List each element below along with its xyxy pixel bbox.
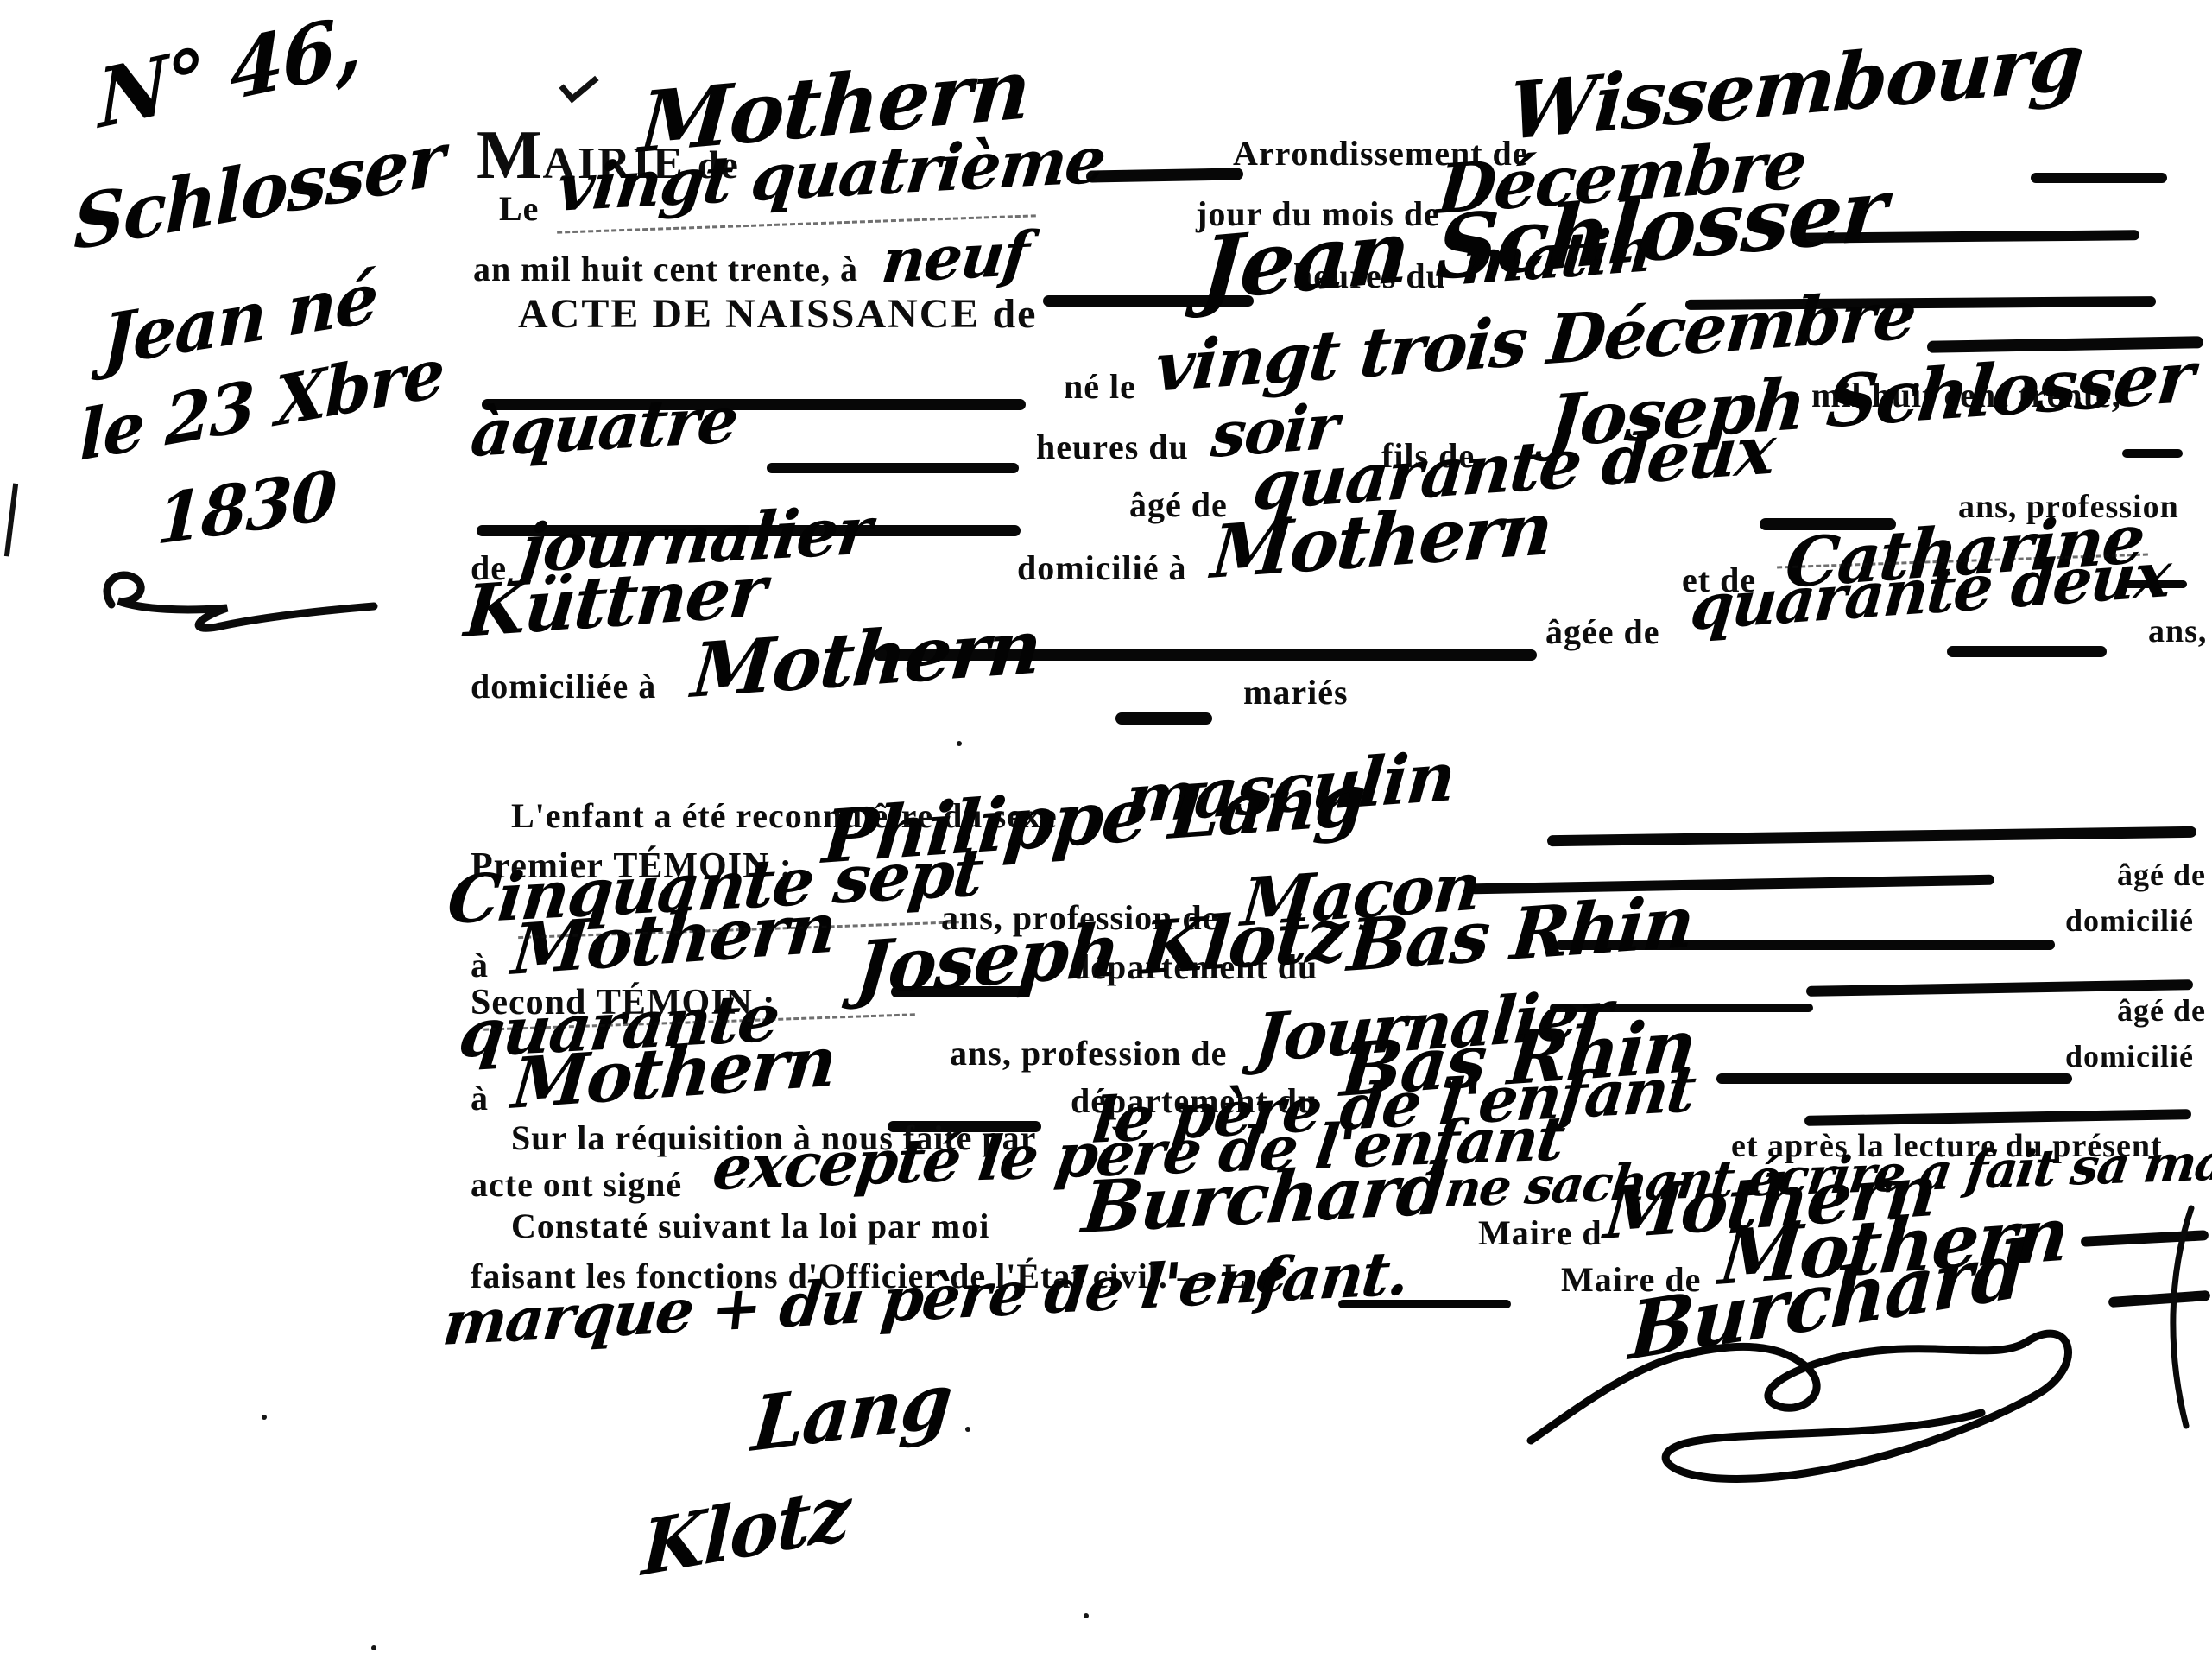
witness1-domicilie-label: domicilié bbox=[2065, 905, 2194, 936]
maries-label: mariés bbox=[1243, 675, 1349, 710]
hour-value: neuf bbox=[879, 224, 1031, 292]
witness2-domicile-value: Mothern bbox=[509, 1026, 837, 1118]
witness2-domicilie-label: domicilié bbox=[2065, 1041, 2194, 1072]
mairie-initial: M bbox=[477, 117, 543, 193]
signature-witness2: Klotz bbox=[641, 1475, 850, 1587]
year-label: an mil huit cent trente, à bbox=[473, 252, 858, 287]
filler-rule bbox=[767, 463, 1019, 473]
witness1-at-label: à bbox=[471, 948, 489, 983]
margin-note-number: N° 46, bbox=[97, 3, 362, 140]
witness1-dept-value: Bas Rhin bbox=[1345, 886, 1696, 982]
filler-rule bbox=[1947, 646, 2107, 657]
filler-rule bbox=[2122, 449, 2183, 458]
ne-le-label: né le bbox=[1064, 370, 1136, 404]
scan-artifact-checkmark bbox=[559, 66, 598, 104]
witness1-age-label: âgé de bbox=[2117, 859, 2206, 890]
maire-d-label: Maire d bbox=[1478, 1216, 1602, 1251]
scan-speck bbox=[957, 741, 962, 746]
officer-name-value: Burchard bbox=[1079, 1153, 1448, 1244]
mayor-signature-flourish bbox=[1515, 1313, 2146, 1511]
scan-speck bbox=[262, 1415, 267, 1420]
scan-speck bbox=[371, 1645, 376, 1650]
ans-label: ans, bbox=[2148, 615, 2207, 648]
scan-speck bbox=[1084, 1613, 1089, 1618]
domiciliee-a-label: domiciliée à bbox=[471, 669, 656, 704]
filler-rule bbox=[1804, 1109, 2191, 1126]
filler-rule bbox=[2031, 173, 2167, 183]
margin-note-date2: 1830 bbox=[155, 462, 337, 555]
witness2-at-label: à bbox=[471, 1081, 489, 1116]
filler-rule bbox=[1086, 168, 1243, 182]
father-age-label: âgé de bbox=[1129, 488, 1228, 522]
birth-hour-value: àquatre bbox=[468, 388, 740, 466]
witness2-prof-label: ans, profession de bbox=[950, 1036, 1227, 1071]
filler-rule bbox=[1716, 1073, 2072, 1084]
margin-paraph-flourish bbox=[82, 560, 384, 646]
mother-age-label: âgée de bbox=[1545, 615, 1660, 649]
mother-age-value: quarante deux bbox=[1688, 543, 2172, 639]
scan-artifact-bracket bbox=[4, 483, 25, 557]
acte-title: ACTE DE NAISSANCE de bbox=[518, 294, 1037, 335]
witness2-age-label: âgé de bbox=[2117, 995, 2206, 1026]
constate-label: Constaté suivant la loi par moi bbox=[511, 1209, 989, 1244]
margin-note-surname: Schlosser bbox=[73, 122, 443, 261]
father-domicile-value: Mothern bbox=[1209, 492, 1554, 589]
witness1-domicile-value: Mothern bbox=[509, 892, 837, 985]
scan-speck bbox=[965, 1427, 970, 1432]
signature-witness1: Lang bbox=[749, 1363, 954, 1463]
mother-domicile-value: Mothern bbox=[689, 610, 1043, 709]
heures-du-label: heures du bbox=[1036, 430, 1189, 465]
birth-certificate-scan: N° 46, Schlosser Jean né le 23 Xbre 1830… bbox=[0, 0, 2212, 1659]
day-prefix-label: Le bbox=[499, 192, 539, 226]
scan-artifact-stroke bbox=[2157, 1205, 2209, 1429]
domicilie-a-label: domicilié à bbox=[1017, 551, 1187, 586]
witness2-name: Joseph Klotz bbox=[853, 898, 1349, 1005]
filler-rule bbox=[1115, 712, 1212, 725]
filler-rule bbox=[1547, 826, 2196, 846]
acte-ont-signe-label: acte ont signé bbox=[471, 1168, 682, 1202]
